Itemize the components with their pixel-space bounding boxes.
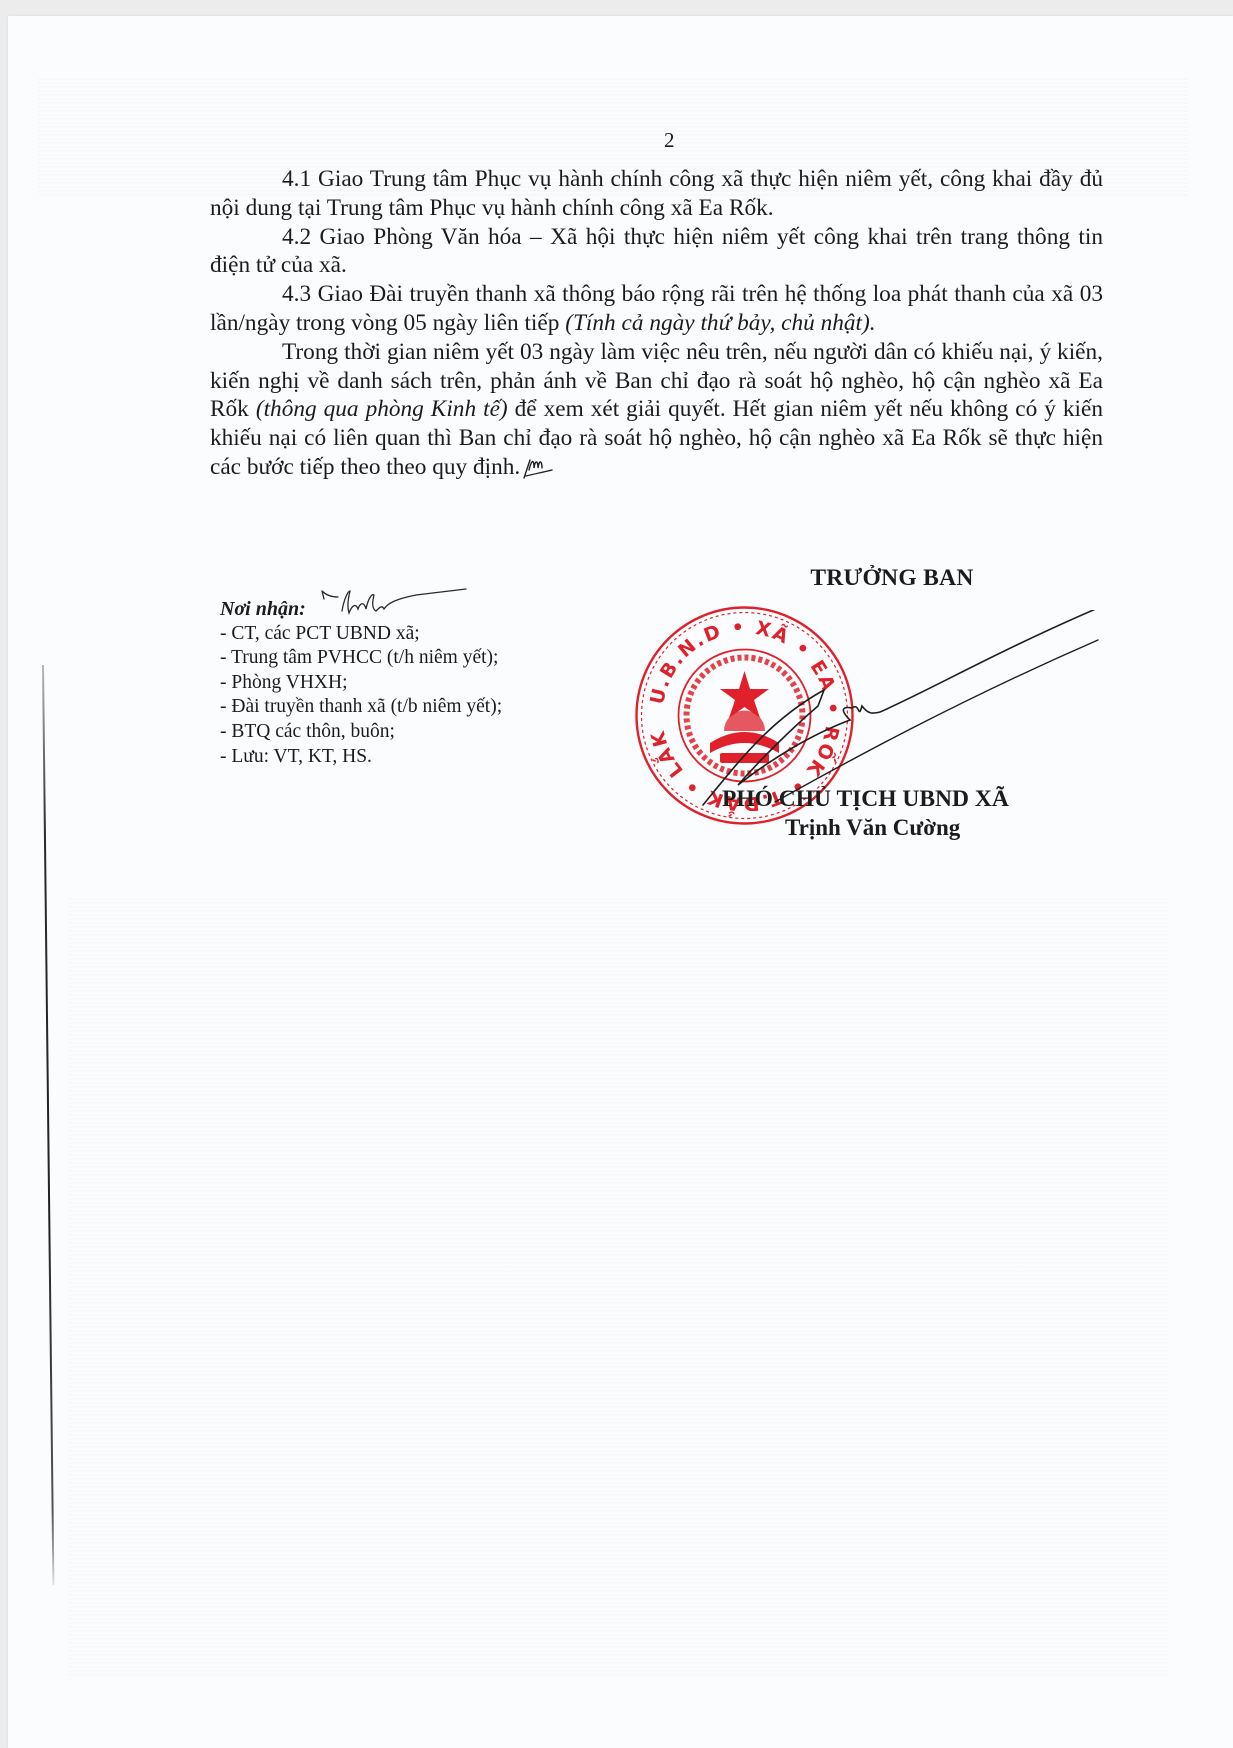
recipient-item: - Đài truyền thanh xã (t/b niêm yết); xyxy=(220,695,502,720)
recipients-title: Nơi nhận: xyxy=(220,597,502,622)
document-body: 4.1 Giao Trung tâm Phục vụ hành chính cô… xyxy=(210,165,1103,482)
signature-block: TRƯỞNG BAN xyxy=(700,565,1060,592)
recipient-item: - Trung tâm PVHCC (t/h niêm yết); xyxy=(220,646,502,671)
initials-flourish-icon xyxy=(520,456,554,480)
handwritten-signature-icon xyxy=(700,610,1100,810)
scan-noise xyxy=(68,896,1168,1676)
paragraph-complaints: Trong thời gian niêm yết 03 ngày làm việ… xyxy=(210,338,1103,482)
page-number: 2 xyxy=(664,128,675,153)
signer-name: Trịnh Văn Cường xyxy=(785,815,960,841)
paragraph-italic-note: (thông qua phòng Kinh tế) xyxy=(256,396,508,422)
signature-title: TRƯỞNG BAN xyxy=(724,565,1060,592)
paragraph-4-3: 4.3 Giao Đài truyền thanh xã thông báo r… xyxy=(210,280,1103,338)
paragraph-4-2: 4.2 Giao Phòng Văn hóa – Xã hội thực hiệ… xyxy=(210,223,1103,281)
recipient-item: - BTQ các thôn, buôn; xyxy=(220,720,502,745)
recipient-item: - Phòng VHXH; xyxy=(220,671,502,696)
recipient-item: - Lưu: VT, KT, HS. xyxy=(220,745,502,770)
recipient-item: - CT, các PCT UBND xã; xyxy=(220,622,502,647)
recipients-block: Nơi nhận: - CT, các PCT UBND xã; - Trung… xyxy=(220,597,502,769)
signer-role: PHÓ CHỦ TỊCH UBND XÃ xyxy=(722,786,1009,813)
paragraph-4-1: 4.1 Giao Trung tâm Phục vụ hành chính cô… xyxy=(210,165,1103,223)
paragraph-italic-note: (Tính cả ngày thứ bảy, chủ nhật). xyxy=(565,310,875,336)
